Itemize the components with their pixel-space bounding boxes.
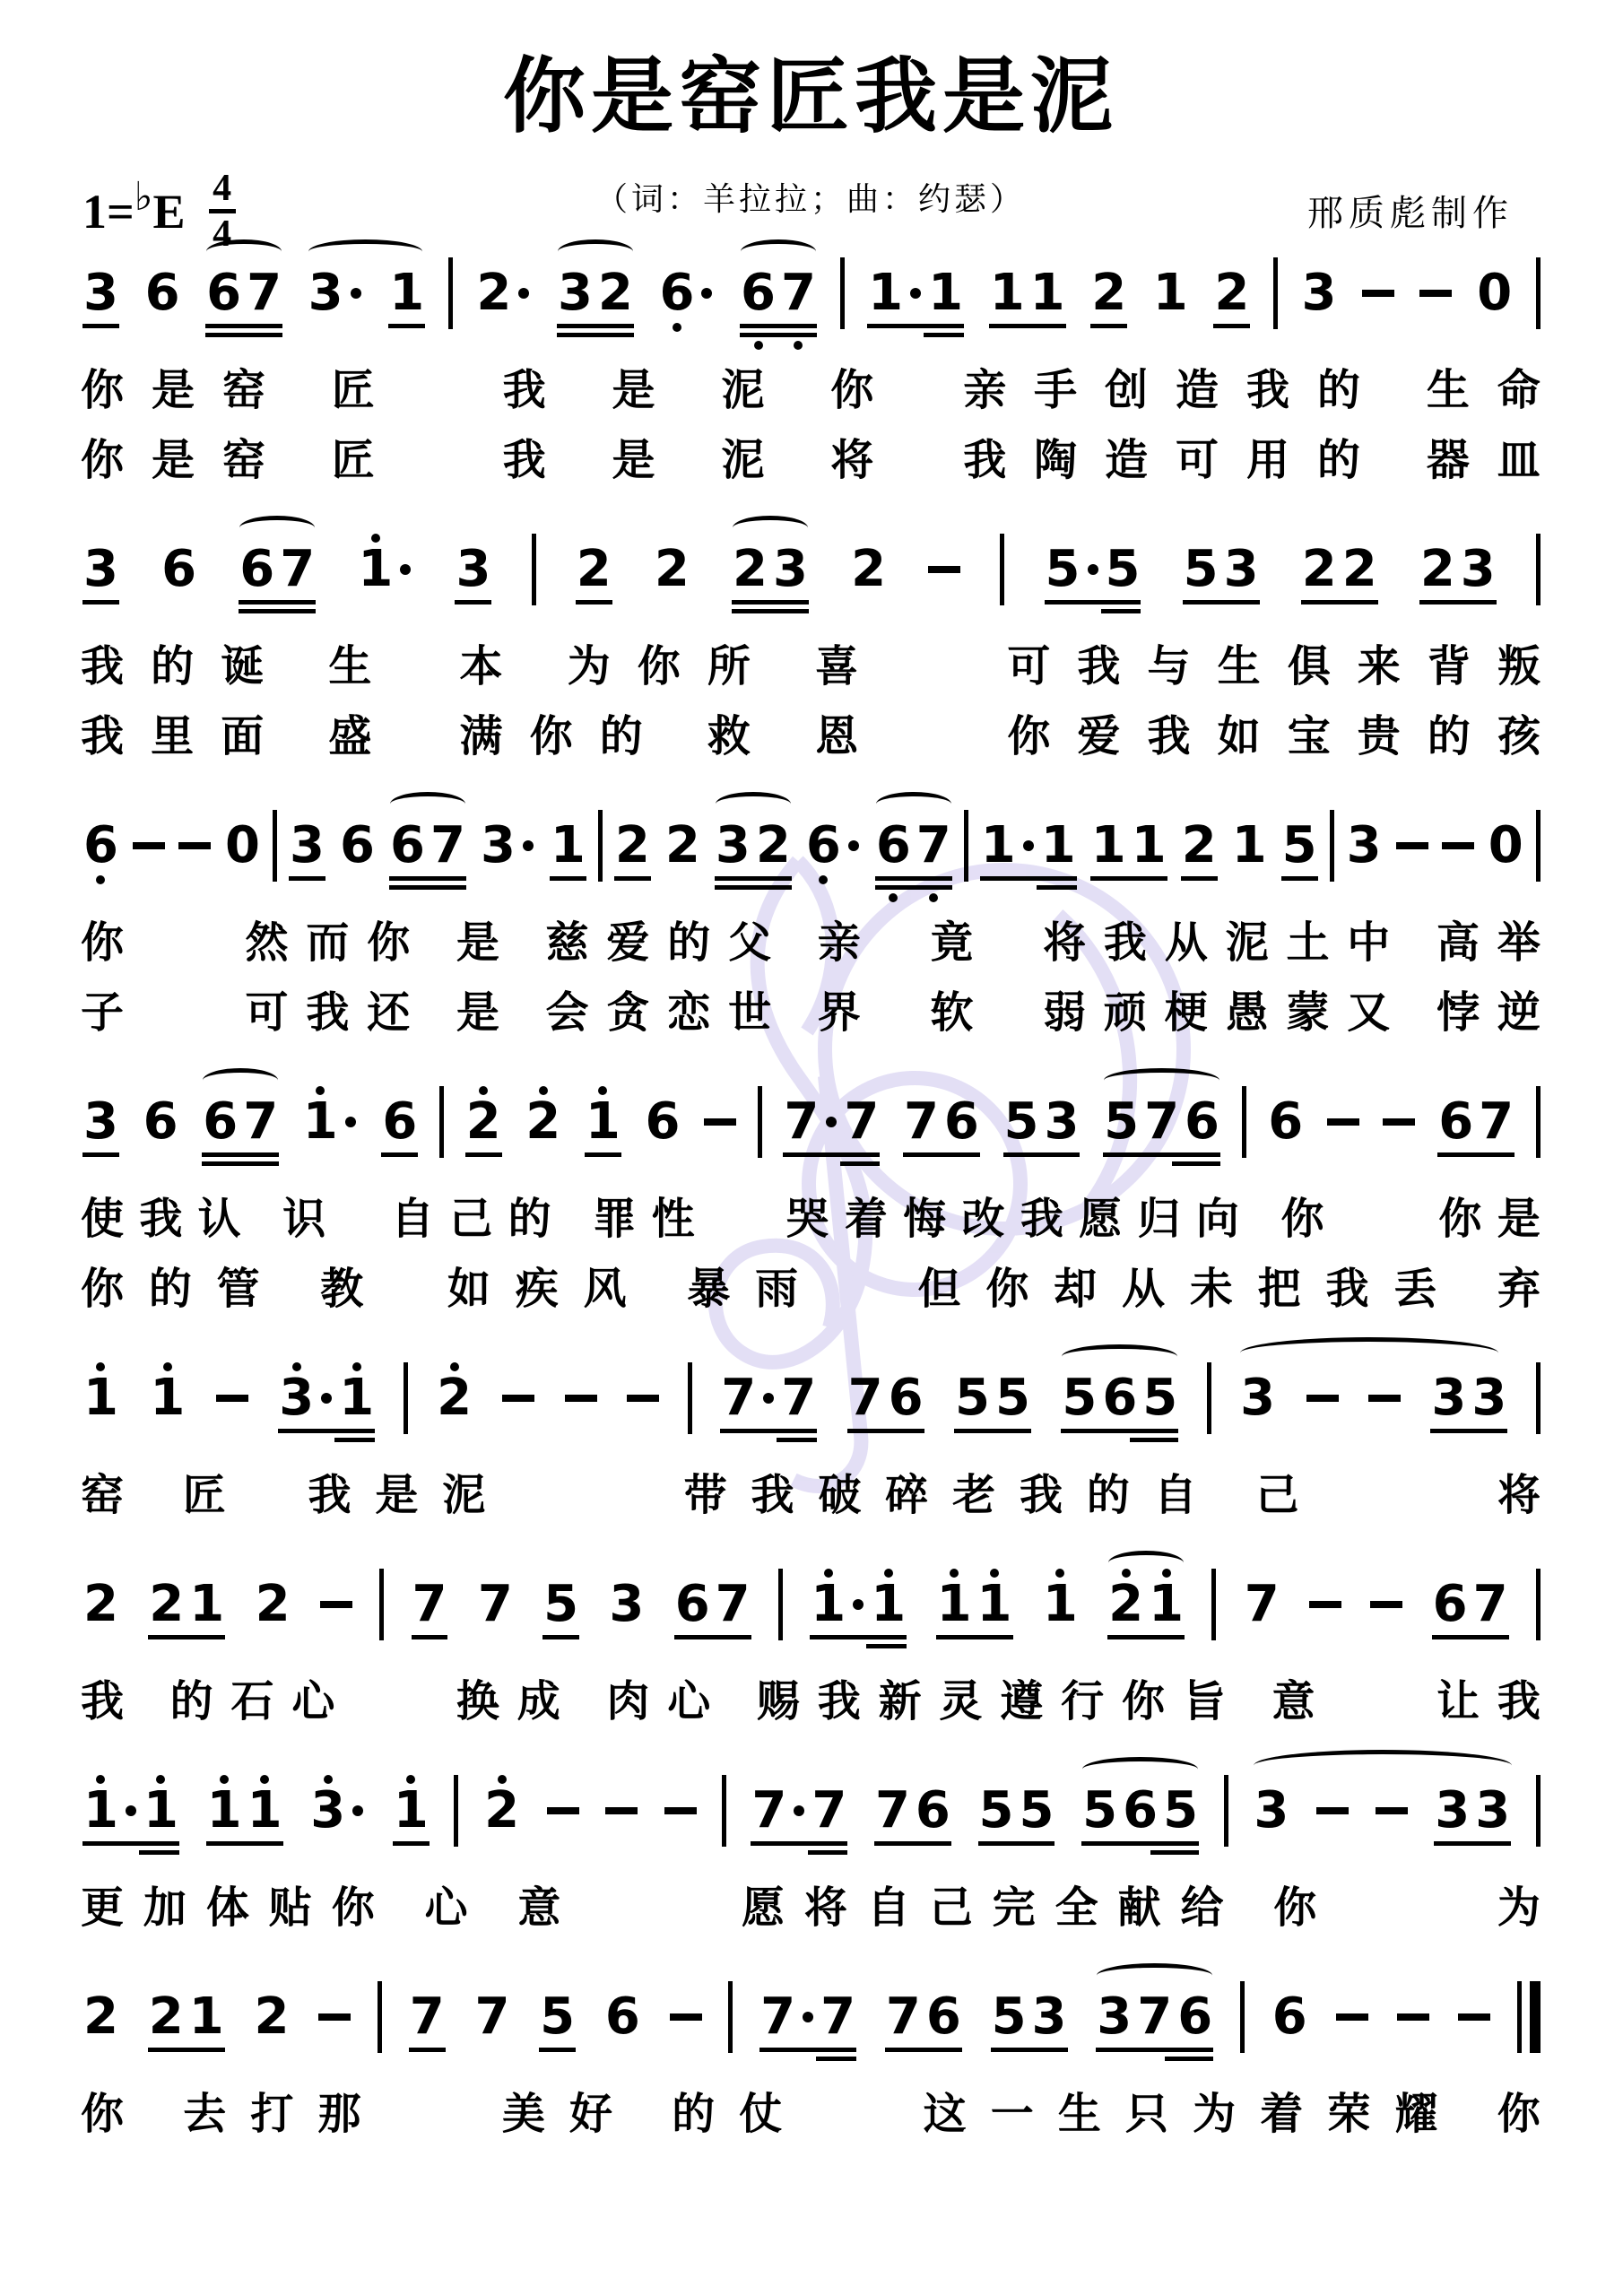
key-prefix: 1=: [82, 184, 135, 239]
lyric-char: 将: [1497, 1461, 1541, 1531]
barline-stroke: [1536, 534, 1541, 605]
barline-stroke: [1536, 1362, 1541, 1434]
lyric-char: 创: [1105, 356, 1148, 426]
barline: [598, 819, 603, 873]
note-digit: 7: [778, 1371, 819, 1425]
barline-stroke: [1536, 810, 1541, 882]
note: 2: [81, 1990, 121, 2044]
sheet-music-page: 你是窑匠我是泥 1=♭E 4 4 邢质彪制作 （词：羊拉拉；曲：约瑟） 3667…: [0, 0, 1623, 2296]
underline: [557, 333, 634, 337]
note: 2: [473, 266, 534, 320]
lyric-char: 心: [425, 1874, 468, 1944]
octave-dot: [884, 1569, 893, 1578]
notes-row: 1111312777655565333: [81, 1784, 1541, 1838]
barline-stroke: [1242, 1086, 1246, 1158]
lyric-char: 本: [460, 632, 503, 702]
lyric-char: 从: [1122, 1255, 1165, 1325]
underline: [202, 1161, 279, 1166]
lyric-char: 顽: [1104, 978, 1147, 1048]
note-digit: 5: [1140, 1371, 1180, 1425]
note-digit: 1: [934, 1578, 975, 1631]
underline: [1430, 1429, 1507, 1433]
note-digit: 1: [975, 1578, 1015, 1631]
lyric-char: 疾: [516, 1255, 559, 1325]
underline: [1103, 1152, 1220, 1157]
note-digit: 5: [1160, 1784, 1201, 1838]
underline: [389, 885, 466, 890]
note: 77: [718, 1371, 819, 1425]
note-digit: 2: [848, 543, 889, 596]
note-digit: 7: [407, 1990, 447, 2044]
barline-stroke: [454, 1775, 458, 1847]
lyric-char: 己: [930, 1874, 973, 1944]
lyric-char: 将: [804, 1874, 847, 1944]
key-letter: E: [153, 184, 186, 239]
lyric-char: 心: [291, 1667, 334, 1737]
note-digit: 3: [287, 819, 327, 873]
lyric-char: 将: [1043, 909, 1086, 978]
note: 3: [81, 266, 121, 320]
underline: [874, 1841, 951, 1846]
underline: [239, 600, 316, 604]
music-block: 22127753671111121767我的石心换成肉心赐我新灵遵行你旨意让我: [81, 1578, 1541, 1737]
underline: [1061, 1429, 1178, 1433]
lyric-char: 造: [1105, 426, 1148, 496]
note-digit: 1: [141, 1784, 181, 1838]
note: [1456, 1990, 1492, 2044]
note: 53: [1181, 543, 1262, 596]
lyric-char: 匠: [332, 356, 375, 426]
lyric-char: 愚: [1226, 978, 1269, 1048]
duration-dash: [565, 1395, 597, 1402]
note-digit: 7: [781, 1095, 821, 1149]
note: 1: [1229, 819, 1270, 873]
note: 77: [758, 1990, 858, 2044]
lyric-char: 把: [1258, 1255, 1301, 1325]
note: 6: [379, 1095, 420, 1149]
underline: [412, 1635, 448, 1639]
lyric-char: 改: [962, 1185, 1005, 1255]
barline: [1330, 819, 1334, 873]
underline: [82, 1152, 119, 1157]
note: 11: [978, 819, 1079, 873]
note-digit: 6: [873, 819, 914, 873]
note-digit: 7: [240, 1095, 281, 1149]
lyric-char: 是: [612, 426, 655, 496]
underline: [289, 876, 325, 881]
note: 3: [606, 1578, 647, 1631]
lyric-char: 愿: [1079, 1185, 1122, 1255]
lyric-row: 你然而你是慈爱的父亲竟将我从泥土中高举: [81, 909, 1541, 978]
lyric-char: 性: [652, 1185, 695, 1255]
lyric-char: 界: [818, 978, 861, 1048]
note: 2: [251, 1990, 291, 2044]
barline: [1207, 1371, 1211, 1425]
song-title: 你是窑匠我是泥: [81, 50, 1541, 143]
lyric-char: 管: [217, 1255, 260, 1325]
note-digit: 7: [749, 1784, 789, 1838]
lyric-char: 你: [638, 632, 681, 702]
lyric-char: 教: [320, 1255, 363, 1325]
octave-dot: [220, 1775, 229, 1784]
note: 2: [81, 1578, 121, 1631]
lyric-char: 我: [1104, 909, 1147, 978]
lyric-char: 生: [328, 632, 371, 702]
underline: [1419, 600, 1497, 604]
octave-dot: [1055, 1569, 1064, 1578]
lyric-char: 愿: [742, 1874, 785, 1944]
underline: [576, 600, 612, 604]
barline: [1240, 1990, 1245, 2044]
note-digit: 1: [355, 543, 395, 596]
note: 3: [81, 543, 121, 596]
underline: [1183, 600, 1260, 604]
note: 23: [1418, 543, 1498, 596]
note: 6: [1265, 1095, 1306, 1149]
note: 2: [663, 819, 703, 873]
note-digit: 6: [924, 1990, 964, 2044]
underline-extra: [1150, 1850, 1199, 1855]
lyric-char: 爱: [1077, 702, 1120, 772]
lyric-char: 满: [460, 702, 503, 772]
underline: [720, 1429, 817, 1433]
barline: [1536, 266, 1541, 320]
note: 11: [865, 266, 966, 320]
lyric-char: 你: [332, 1874, 375, 1944]
note-digit: 3: [606, 1578, 647, 1631]
underline: [875, 885, 952, 890]
note-digit: 3: [1251, 1784, 1291, 1838]
duration-dash: [605, 1807, 638, 1814]
lyric-char: 器: [1427, 426, 1470, 496]
note-digit: 6: [803, 819, 844, 873]
lyric-char: 的: [1428, 702, 1471, 772]
lyric-char: 土: [1286, 909, 1329, 978]
lyric-char: 举: [1497, 909, 1541, 978]
barline: [964, 819, 968, 873]
note: 3: [308, 1784, 368, 1838]
underline: [989, 324, 1066, 328]
lyric-char: 我: [1020, 1185, 1063, 1255]
note-digit: 7: [1141, 1095, 1182, 1149]
note: 77: [749, 1784, 849, 1838]
note-digit: 7: [244, 266, 284, 320]
lyric-char: 成: [517, 1667, 560, 1737]
lyric-char: 己: [449, 1185, 492, 1255]
augmentation-dot: [126, 1805, 136, 1816]
note-digit: 1: [81, 1784, 121, 1838]
note: 31: [276, 1371, 377, 1425]
augmentation-dot: [351, 288, 361, 299]
lyric-char: 亲: [818, 909, 861, 978]
barline-stroke: [728, 1981, 733, 2053]
notes-row: 366731232667111121230: [81, 266, 1541, 320]
note-digit: 7: [713, 1578, 753, 1631]
underline: [715, 876, 792, 881]
note: 2: [652, 543, 692, 596]
note-digit: 6: [738, 266, 778, 320]
underline: [239, 609, 316, 613]
note: 11: [204, 1784, 285, 1838]
underline: [980, 876, 1077, 881]
barline-stroke: [964, 810, 968, 882]
lyric-char: 你: [830, 356, 873, 426]
note-digit: 6: [1265, 1095, 1306, 1149]
note: 76: [883, 1990, 964, 2044]
lyric-char: 而: [306, 909, 349, 978]
lyric-char: 你: [81, 356, 124, 426]
lyric-char: 蒙: [1286, 978, 1329, 1048]
lyric-char: 那: [317, 2080, 360, 2150]
lyric-char: 恋: [667, 978, 710, 1048]
note-digit: 1: [1089, 819, 1129, 873]
lyric-char: 你: [1438, 1185, 1481, 1255]
note: 3: [453, 543, 493, 596]
duration-dash: [664, 1807, 697, 1814]
barline-stroke: [1330, 810, 1334, 882]
lyric-char: 慈: [546, 909, 589, 978]
note-digit: 5: [1059, 1371, 1099, 1425]
barline: [1242, 1095, 1246, 1149]
lyric-char: 从: [1165, 909, 1208, 978]
note-digit: 7: [277, 543, 317, 596]
lyric-char: 好: [569, 2080, 612, 2150]
note-digit: 1: [925, 266, 966, 320]
note-digit: 6: [387, 819, 428, 873]
lyric-char: 我: [963, 426, 1006, 496]
lyric-char: 破: [818, 1461, 861, 1531]
lyric-char: 赐: [757, 1667, 800, 1737]
barline-stroke: [1273, 257, 1278, 329]
note-digit: 5: [1043, 543, 1083, 596]
note: 76: [846, 1371, 926, 1425]
flat-icon: ♭: [135, 174, 153, 220]
tie-arc: [206, 239, 282, 264]
lyric-char: 俱: [1288, 632, 1331, 702]
note-digit: 1: [81, 1371, 121, 1425]
lyric-char: 生: [1427, 356, 1470, 426]
lyric-char: 归: [1137, 1185, 1180, 1255]
note: [545, 1784, 581, 1838]
barline: [454, 1784, 458, 1838]
note: 2: [574, 543, 614, 596]
barline-stroke: [1536, 257, 1541, 329]
note: 3: [1299, 266, 1340, 320]
note: 22: [1299, 543, 1380, 596]
lyric-char: 自: [391, 1185, 434, 1255]
lyric-char: 风: [584, 1255, 627, 1325]
underline-extra: [139, 1850, 179, 1855]
octave-dot: [754, 341, 763, 350]
lyric-char: 贪: [606, 978, 649, 1048]
note-digit: 3: [81, 543, 121, 596]
note-digit: 3: [308, 1784, 348, 1838]
augmentation-dot: [701, 288, 712, 299]
lyric-char: 我: [818, 1667, 861, 1737]
note: 55: [1043, 543, 1143, 596]
duration-dash: [1362, 290, 1394, 297]
note: [1395, 1990, 1431, 2044]
lyric-char: 你: [1122, 1667, 1165, 1737]
note-digit: 7: [809, 1784, 849, 1838]
note-digit: 1: [336, 1371, 377, 1425]
tie-arc: [1254, 1750, 1512, 1781]
note-digit: 2: [464, 1095, 504, 1149]
underline: [936, 1635, 1013, 1639]
augmentation-dot: [826, 1117, 837, 1127]
lyric-char: 窑: [222, 356, 265, 426]
lyric-char: 带: [684, 1461, 727, 1531]
note-digit: 2: [1106, 1578, 1146, 1631]
note: 1: [1150, 266, 1191, 320]
lyric-char: 己: [1256, 1461, 1299, 1531]
barline-stroke: [722, 1775, 726, 1847]
underline: [1107, 1635, 1185, 1639]
octave-dot: [406, 1775, 415, 1784]
note-digit: 2: [251, 1990, 291, 2044]
lyric-char: 灵: [939, 1667, 982, 1737]
note-digit: 6: [1120, 1784, 1160, 1838]
underline: [991, 2048, 1068, 2052]
note: 67: [237, 543, 317, 596]
underline: [903, 1152, 980, 1157]
lyric-char: 只: [1125, 2080, 1168, 2150]
duration-dash: [1368, 1395, 1401, 1402]
note-digit: 1: [978, 819, 1019, 873]
note: 21: [146, 1990, 227, 2044]
note: 2: [464, 1095, 504, 1149]
note-digit: 3: [1042, 1095, 1082, 1149]
underline: [1090, 876, 1167, 881]
octave-dot: [929, 893, 938, 902]
lyric-char: 认: [198, 1185, 241, 1255]
underline: [732, 600, 809, 604]
lyric-char: 悖: [1436, 978, 1480, 1048]
note: 67: [873, 819, 954, 873]
lyric-char: 给: [1180, 1874, 1223, 1944]
octave-dot: [163, 1362, 172, 1371]
lyric-char: 向: [1196, 1185, 1239, 1255]
tie-arc: [741, 239, 816, 264]
lyric-char: 为: [1193, 2080, 1236, 2150]
note: [702, 1095, 738, 1149]
underline: [810, 1635, 907, 1639]
note-digit: 1: [1150, 266, 1191, 320]
lyric-char: 行: [1061, 1667, 1104, 1737]
lyric-char: 让: [1436, 1667, 1480, 1737]
note-digit: 3: [713, 819, 753, 873]
barline-stroke: [1536, 1569, 1541, 1640]
lyric-char: 救: [707, 702, 751, 772]
note: 565: [1059, 1371, 1180, 1425]
note: 21: [1106, 1578, 1186, 1631]
lyric-char: 我: [503, 356, 546, 426]
note: [317, 1990, 352, 2044]
notes-row: 11312777655565333: [81, 1371, 1541, 1425]
note: [1381, 1095, 1417, 1149]
note-digit: 3: [1221, 543, 1262, 596]
duration-dash: [1397, 2013, 1429, 2021]
note: 6: [803, 819, 864, 873]
octave-dot: [156, 1775, 165, 1784]
lyric-row: 我里面盛满你的救恩你爱我如宝贵的孩: [81, 702, 1541, 772]
lyric-char: 宝: [1288, 702, 1331, 772]
notes-row: 3667162216777653576667: [81, 1095, 1541, 1149]
underline: [465, 1152, 502, 1157]
note-digit: 7: [778, 266, 819, 320]
music-block: 3667162216777653576667使我认识自己的罪性哭着悔改我愿归向你…: [81, 1095, 1541, 1325]
underline: [206, 1841, 283, 1846]
barline: [688, 1371, 692, 1425]
underline: [205, 324, 282, 328]
underline: [1003, 1152, 1081, 1157]
underline: [885, 2048, 962, 2052]
lyric-char: 石: [231, 1667, 274, 1737]
note-digit: 3: [1472, 1784, 1513, 1838]
underline: [715, 885, 792, 890]
underline: [732, 609, 809, 613]
note: 11: [808, 1578, 908, 1631]
octave-dot: [498, 1775, 507, 1784]
underline-extra: [1037, 885, 1077, 890]
lyric-char: 去: [183, 2080, 226, 2150]
lyric-char: 你: [81, 2080, 124, 2150]
note: 7: [475, 1578, 516, 1631]
underline: [148, 1635, 225, 1639]
lyric-char: 诞: [221, 632, 264, 702]
note-digit: 0: [1486, 819, 1526, 873]
music-lines: 366731232667111121230你是窑匠我是泥你亲手创造我的生命你是窑…: [81, 266, 1541, 2150]
note: 67: [1430, 1578, 1511, 1631]
note: 7: [472, 1990, 512, 2044]
note: [1325, 1095, 1361, 1149]
note-digit: 6: [379, 1095, 420, 1149]
lyric-char: 美: [502, 2080, 545, 2150]
note: [1368, 1578, 1404, 1631]
barline: [1536, 1095, 1541, 1149]
augmentation-dot: [794, 1805, 804, 1816]
underline: [751, 1841, 847, 1846]
underline: [585, 1152, 621, 1157]
note-digit: 2: [482, 1784, 522, 1838]
note: 6: [143, 266, 183, 320]
augmentation-dot: [1023, 840, 1034, 851]
lyric-char: 你: [1007, 702, 1050, 772]
note-digit: 7: [475, 1578, 516, 1631]
note: 7: [410, 1578, 450, 1631]
underline: [740, 333, 817, 337]
note-digit: 2: [253, 1578, 293, 1631]
sheet-header: 你是窑匠我是泥 1=♭E 4 4 邢质彪制作 （词：羊拉拉；曲：约瑟）: [81, 50, 1541, 220]
note: [214, 1371, 250, 1425]
note: 11: [81, 1784, 181, 1838]
lyric-row: 你去打那美好的仗这一生只为着荣耀你: [81, 2080, 1541, 2150]
note-digit: 2: [434, 1371, 474, 1425]
barline: [778, 1578, 783, 1631]
lyric-char: 造: [1176, 356, 1219, 426]
note-digit: 3: [453, 543, 493, 596]
lyric-char: 着: [845, 1185, 888, 1255]
lyric-char: 又: [1347, 978, 1390, 1048]
note: 6: [656, 266, 716, 320]
note: 6: [1270, 1990, 1310, 2044]
underline: [867, 324, 964, 328]
octave-dot: [598, 1086, 607, 1095]
lyric-char: 我: [1077, 632, 1120, 702]
lyric-char: 的: [1317, 426, 1360, 496]
lyric-char: 是: [152, 426, 195, 496]
augmentation-dot: [518, 288, 529, 299]
